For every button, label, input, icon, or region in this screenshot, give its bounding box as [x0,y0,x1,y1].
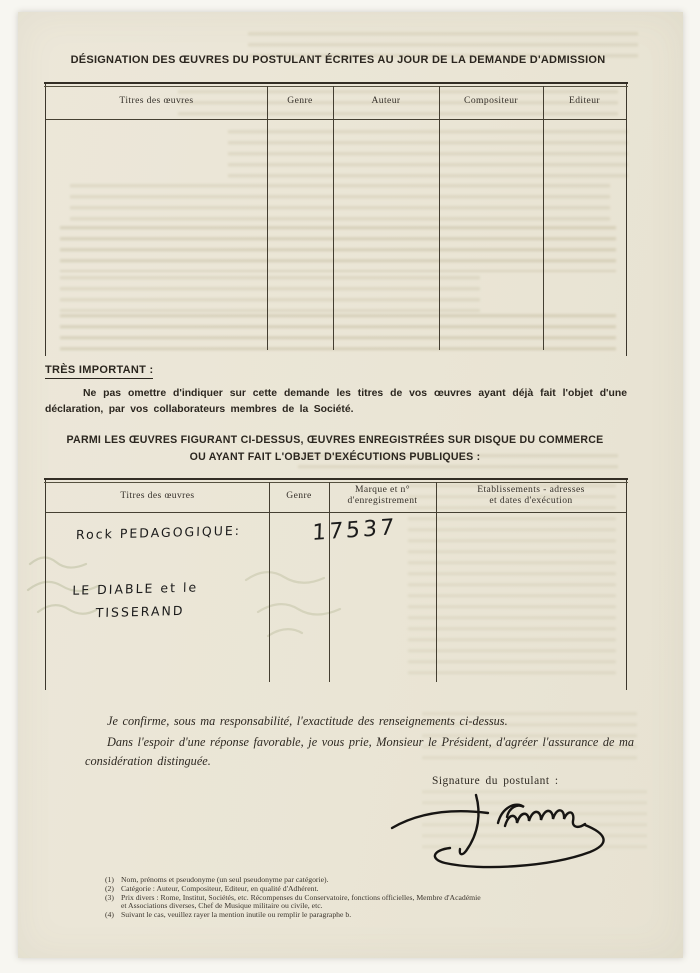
col-header-etablissements: Etablissements - adresses et dates d'exé… [436,484,626,506]
footnote-text: Prix divers : Rome, Institut, Sociétés, … [121,894,481,912]
header-separator [46,512,626,513]
col-header-titres: Titres des œuvres [46,490,269,501]
col-header-compositeur: Compositeur [439,95,543,106]
scanned-form-page: DÉSIGNATION DES ŒUVRES DU POSTULANT ÉCRI… [0,0,700,973]
col-header-genre: Genre [269,490,329,501]
signature-label: Signature du postulant : [432,775,559,787]
footnote-number: (3) [105,894,121,912]
column-divider [329,482,330,682]
column-divider [439,86,440,350]
header-separator [46,119,626,120]
footnote-3: (3) Prix divers : Rome, Institut, Sociét… [105,894,661,912]
col-header-editeur: Editeur [543,95,626,106]
footnote-text: Suivant le cas, veuillez rayer la mentio… [121,911,351,920]
confirmation-text: Je confirme, sous ma responsabilité, l'e… [85,712,645,773]
footnotes: (1) Nom, prénoms et pseudonyme (un seul … [105,876,661,920]
table-top-rule [44,482,628,483]
footnote-4: (4) Suivant le cas, veuillez rayer la me… [105,911,661,920]
col-header-auteur: Auteur [333,95,439,106]
col-header-marque: Marque et n° d'enregistrement [329,484,436,506]
important-note: Ne pas omettre d'indiquer sur cette dema… [45,386,627,418]
table-top-rule [44,86,628,87]
important-heading: TRÈS IMPORTANT : [45,364,153,379]
page-title: DÉSIGNATION DES ŒUVRES DU POSTULANT ÉCRI… [18,54,658,66]
registered-works-title: PARMI LES ŒUVRES FIGURANT CI-DESSUS, ŒUV… [45,432,625,466]
column-divider [333,86,334,350]
handwritten-work-title-2: LE DIABLE et le TISSERAND [71,573,286,625]
column-divider [436,482,437,682]
paper-sheet: DÉSIGNATION DES ŒUVRES DU POSTULANT ÉCRI… [18,12,683,958]
table-top-rule [44,478,628,480]
footnote-number: (4) [105,911,121,920]
confirmation-line-1: Je confirme, sous ma responsabilité, l'e… [85,712,645,731]
table-top-rule [44,82,628,84]
column-divider [543,86,544,350]
column-divider [267,86,268,350]
col-header-titres: Titres des œuvres [46,95,267,106]
confirmation-line-2: Dans l'espoir d'une réponse favorable, j… [85,733,645,771]
works-table: Titres des œuvres Genre Auteur Composite… [45,82,627,356]
col-header-genre: Genre [267,95,333,106]
handwritten-signature [388,792,653,882]
